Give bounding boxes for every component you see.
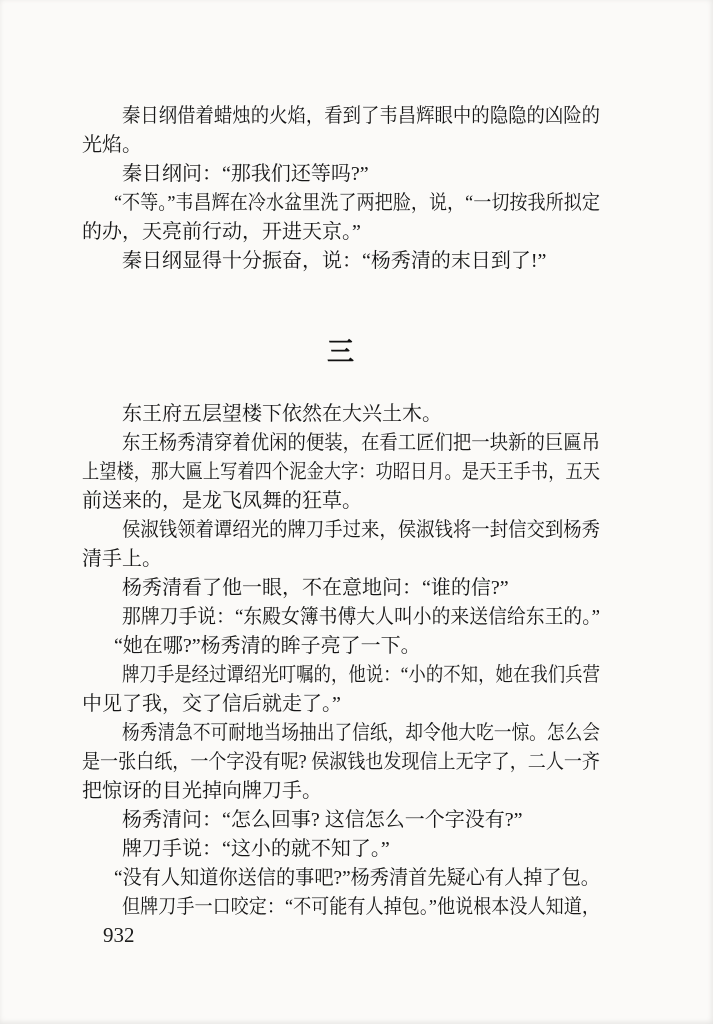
text-line: 杨秀清问：“怎么回事? 这信怎么一个字没有?” (82, 806, 600, 835)
text-line-content: 秦日纲借着蜡烛的火焰，看到了韦昌辉眼中的隐隐的凶险的 (122, 102, 600, 131)
text-line: 上望楼，那大匾上写着四个泥金大字：功昭日月。是天王手书，五天 (82, 458, 600, 487)
text-line: 秦日纲显得十分振奋，说：“杨秀清的末日到了!” (82, 247, 600, 276)
text-line: “没有人知道你送信的事吧?”杨秀清首先疑心有人掉了包。 (82, 864, 600, 893)
text-line: 的办，天亮前行动，开进天京。” (82, 218, 600, 247)
text-line-content: 的办，天亮前行动，开进天京。” (82, 218, 361, 247)
text-line: 牌刀手是经过谭绍光叮嘱的，他说：“小的不知，她在我们兵营 (82, 661, 600, 690)
text-line-content: 秦日纲问：“那我们还等吗?” (122, 160, 369, 189)
text-line: 但牌刀手一口咬定：“不可能有人掉包。”他说根本没人知道， (82, 893, 600, 922)
text-line-content: 中见了我，交了信后就走了。” (82, 690, 341, 719)
text-line-content: 东王府五层望楼下依然在大兴土木。 (122, 400, 442, 429)
text-line: 是一张白纸，一个字没有呢? 侯淑钱也发现信上无字了，二人一齐 (82, 748, 600, 777)
text-line-content: “她在哪?”杨秀清的眸子亮了一下。 (114, 632, 421, 661)
text-line-content: 清手上。 (82, 545, 162, 574)
text-line: 清手上。 (82, 545, 600, 574)
text-line: 中见了我，交了信后就走了。” (82, 690, 600, 719)
text-line: 那牌刀手说：“东殿女簿书傅大人叫小的来送信给东王的。” (82, 603, 600, 632)
text-line: 牌刀手说：“这小的就不知了。” (82, 835, 600, 864)
text-line-content: 但牌刀手一口咬定：“不可能有人掉包。”他说根本没人知道， (122, 893, 600, 922)
text-line: “不等。”韦昌辉在冷水盆里洗了两把脸，说，“一切按我所拟定 (82, 189, 600, 218)
text-line-content: 牌刀手是经过谭绍光叮嘱的，他说：“小的不知，她在我们兵营 (122, 661, 600, 690)
text-line-content: 牌刀手说：“这小的就不知了。” (122, 835, 390, 864)
text-line-content: 前送来的，是龙飞凤舞的狂草。 (82, 487, 362, 516)
text-line: 杨秀清看了他一眼，不在意地问：“谁的信?” (82, 574, 600, 603)
text-line: 把惊讶的目光掉向牌刀手。 (82, 777, 600, 806)
text-line-content: 侯淑钱领着谭绍光的牌刀手过来，侯淑钱将一封信交到杨秀 (122, 516, 600, 545)
text-line-content: 把惊讶的目光掉向牌刀手。 (82, 777, 322, 806)
text-line-content: “没有人知道你送信的事吧?”杨秀清首先疑心有人掉了包。 (114, 864, 600, 893)
text-line-content: 是一张白纸，一个字没有呢? 侯淑钱也发现信上无字了，二人一齐 (82, 748, 600, 777)
text-line-content: 那牌刀手说：“东殿女簿书傅大人叫小的来送信给东王的。” (122, 603, 600, 632)
page-number: 932 (103, 922, 135, 948)
text-line: 东王府五层望楼下依然在大兴土木。 (82, 400, 600, 429)
text-line: 杨秀清急不可耐地当场抽出了信纸，却令他大吃一惊。怎么会 (82, 719, 600, 748)
text-line-content: 杨秀清看了他一眼，不在意地问：“谁的信?” (122, 574, 509, 603)
text-line: 侯淑钱领着谭绍光的牌刀手过来，侯淑钱将一封信交到杨秀 (82, 516, 600, 545)
text-line: 秦日纲借着蜡烛的火焰，看到了韦昌辉眼中的隐隐的凶险的 (82, 102, 600, 131)
page-text: 秦日纲借着蜡烛的火焰，看到了韦昌辉眼中的隐隐的凶险的光焰。秦日纲问：“那我们还等… (82, 102, 600, 922)
text-line: “她在哪?”杨秀清的眸子亮了一下。 (82, 632, 600, 661)
text-line-content: 光焰。 (82, 131, 142, 160)
text-line: 东王杨秀清穿着优闲的便装，在看工匠们把一块新的巨匾吊 (82, 429, 600, 458)
section-heading: 三 (82, 337, 600, 367)
text-line-content: 秦日纲显得十分振奋，说：“杨秀清的末日到了!” (122, 247, 546, 276)
text-line: 秦日纲问：“那我们还等吗?” (82, 160, 600, 189)
text-line-content: 杨秀清急不可耐地当场抽出了信纸，却令他大吃一惊。怎么会 (122, 719, 600, 748)
book-page: 秦日纲借着蜡烛的火焰，看到了韦昌辉眼中的隐隐的凶险的光焰。秦日纲问：“那我们还等… (0, 0, 713, 1024)
text-line-content: 杨秀清问：“怎么回事? 这信怎么一个字没有?” (122, 806, 523, 835)
section-2: 东王府五层望楼下依然在大兴土木。东王杨秀清穿着优闲的便装，在看工匠们把一块新的巨… (82, 400, 600, 922)
text-line: 前送来的，是龙飞凤舞的狂草。 (82, 487, 600, 516)
text-line-content: 东王杨秀清穿着优闲的便装，在看工匠们把一块新的巨匾吊 (122, 429, 600, 458)
section-1: 秦日纲借着蜡烛的火焰，看到了韦昌辉眼中的隐隐的凶险的光焰。秦日纲问：“那我们还等… (82, 102, 600, 276)
text-line: 光焰。 (82, 131, 600, 160)
text-line-content: “不等。”韦昌辉在冷水盆里洗了两把脸，说，“一切按我所拟定 (114, 189, 600, 218)
text-line-content: 上望楼，那大匾上写着四个泥金大字：功昭日月。是天王手书，五天 (82, 458, 600, 487)
